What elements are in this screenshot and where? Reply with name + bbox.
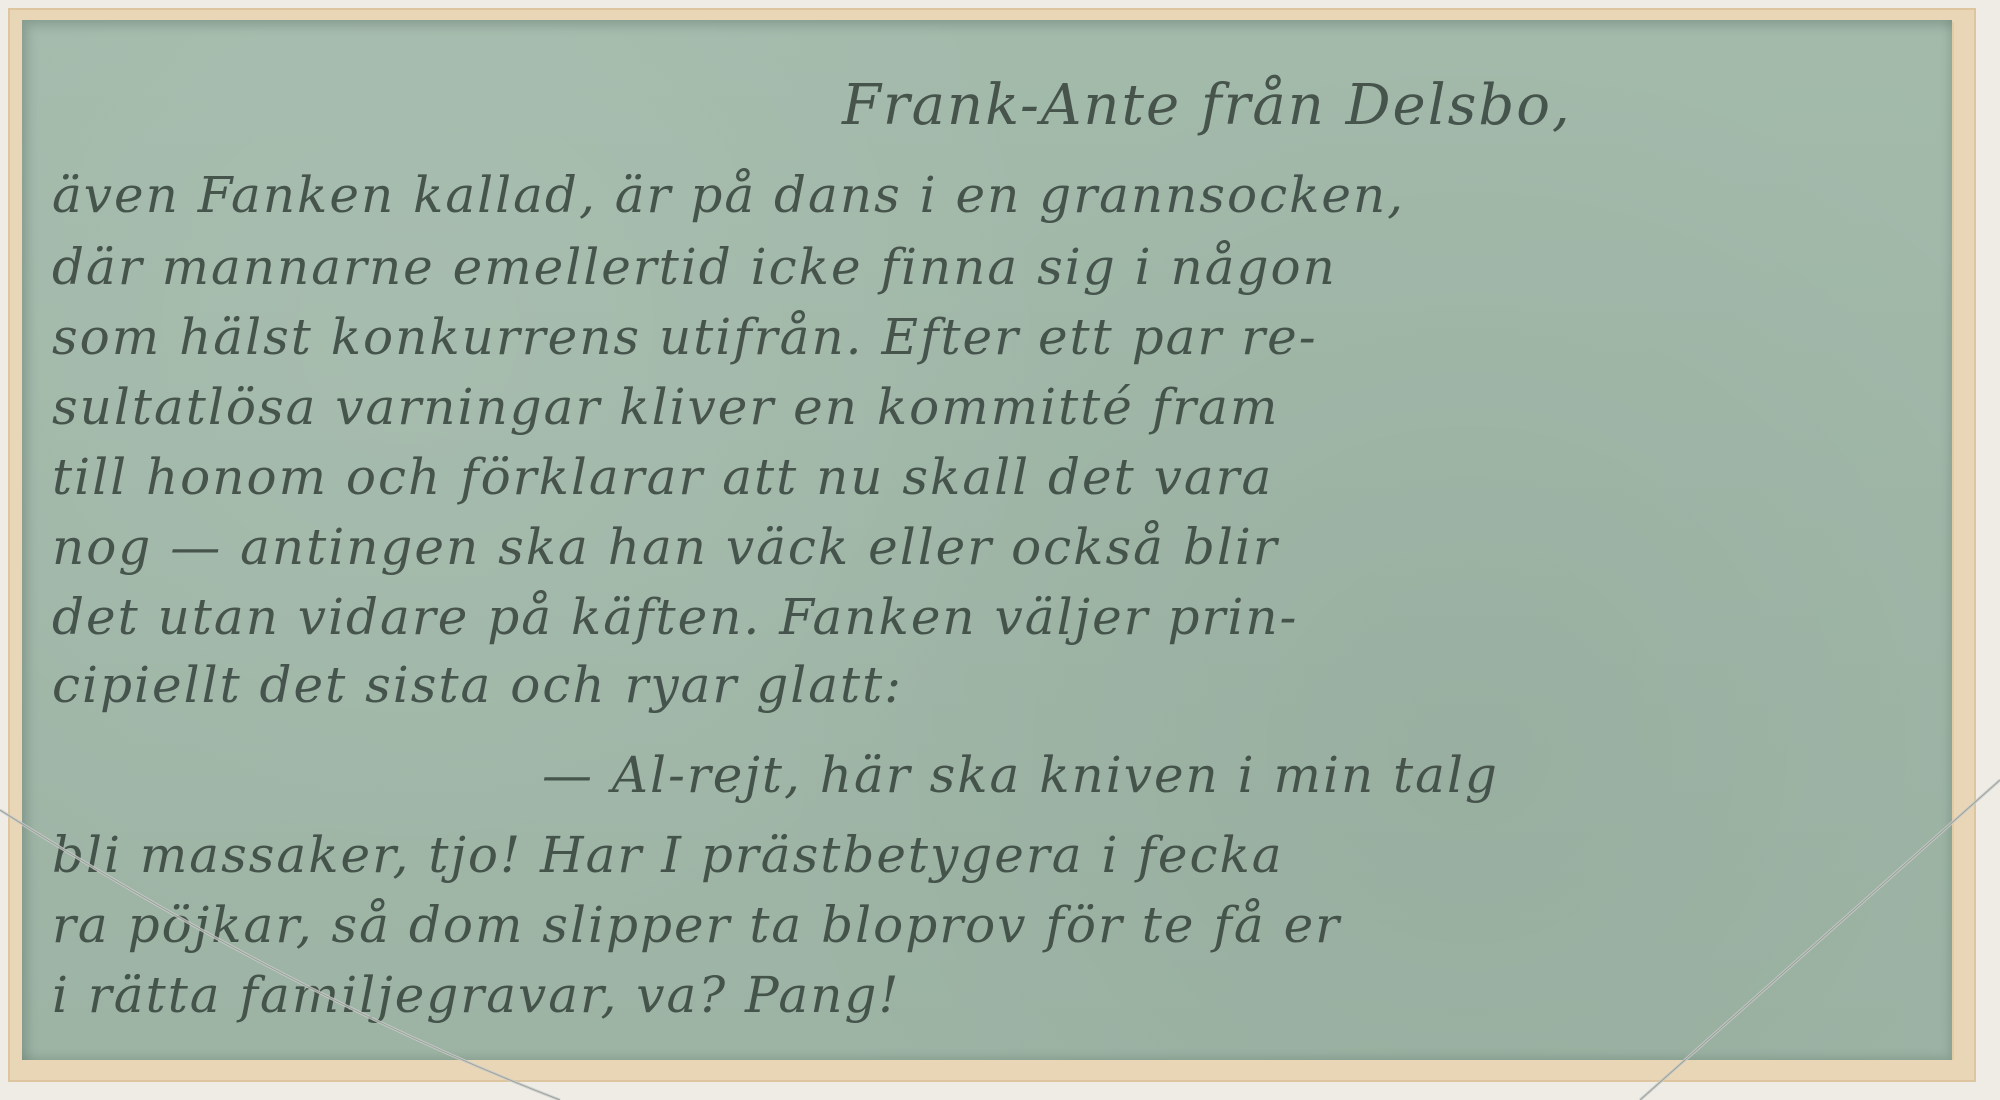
manuscript-line: ra pöjkar, så dom slipper ta bloprov för… [52,900,1341,950]
manuscript-line: där mannarne emellertid icke finna sig i… [52,242,1337,292]
manuscript-line: som hälst konkurrens utifrån. Efter ett … [52,312,1318,362]
manuscript-line: bli massaker, tjo! Har I prästbetygera i… [52,830,1284,880]
manuscript-line: i rätta familjegravar, va? Pang! [52,970,901,1020]
manuscript-line: nog — antingen ska han väck eller också … [52,522,1279,572]
manuscript-paper: Frank-Ante från Delsbo, även Fanken kall… [22,20,1952,1060]
manuscript-title-line: Frank-Ante från Delsbo, [842,78,1572,134]
manuscript-line: det utan vidare på käften. Fanken väljer… [52,592,1298,642]
manuscript-line: cipiellt det sista och ryar glatt: [52,660,903,710]
manuscript-line: även Fanken kallad, är på dans i en gran… [52,170,1405,220]
manuscript-line: — Al-rejt, här ska kniven i min talg [542,750,1499,800]
manuscript-line: till honom och förklarar att nu skall de… [52,452,1273,502]
manuscript-line: sultatlösa varningar kliver en kommitté … [52,382,1279,432]
